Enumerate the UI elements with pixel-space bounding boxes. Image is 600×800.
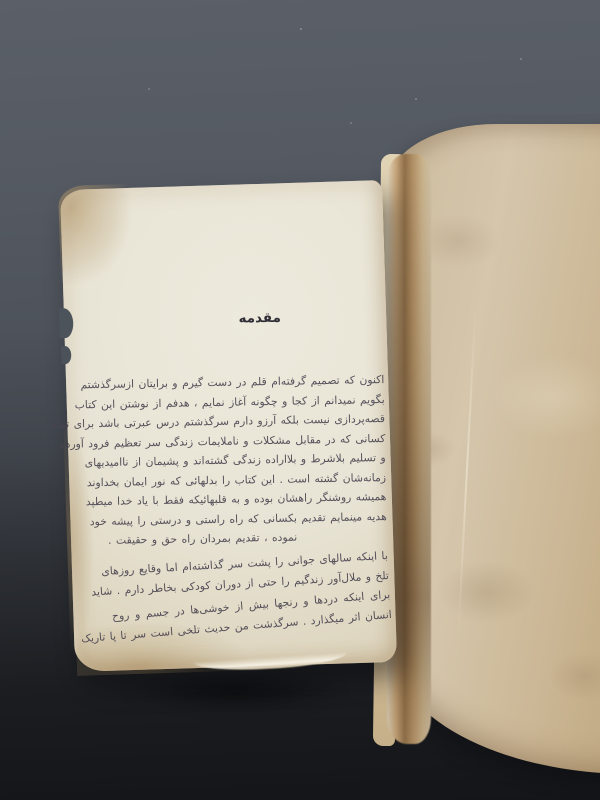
page-edge-chip [61,346,72,364]
paragraph-1: اکنون که تصمیم گرفته‌ام قلم در دست گیرم … [105,370,387,550]
book-gutter [387,154,431,744]
page-edge-chip [59,308,74,338]
page-text-block: مقدمه اکنون که تصمیم گرفته‌ام قلم در دست… [104,306,388,628]
page-stain [58,183,157,311]
paragraph-2: با اینکه سالهای جوانی را پشت سر گذاشته‌ا… [109,546,392,639]
book-left-page: مقدمه اکنون که تصمیم گرفته‌ام قلم در دست… [60,180,397,672]
page-title: مقدمه [120,306,399,331]
photo-background: مقدمه اکنون که تصمیم گرفته‌ام قلم در دست… [0,0,600,800]
cover-crease [457,304,476,634]
dust-specks [0,0,2,2]
page-cast-shadow [80,668,390,724]
text-line: نموده ، تقدیم بمردان راه حق و حقیقت . [108,526,387,550]
